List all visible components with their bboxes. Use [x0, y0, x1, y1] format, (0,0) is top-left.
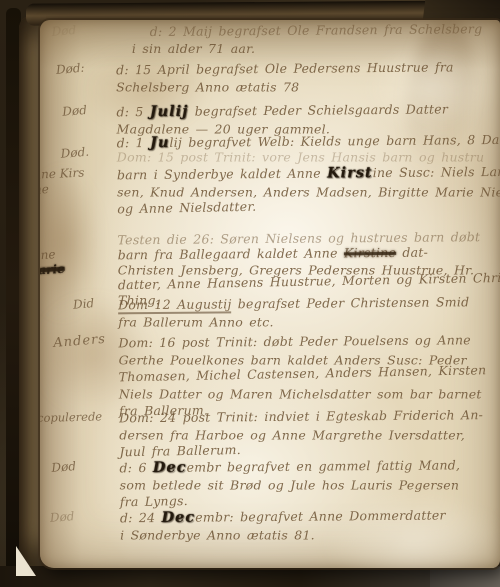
- register-entry: Anne Kirstinebarn i Synderbye kaldet Ann…: [40, 163, 495, 218]
- text-segment: Død.: [60, 145, 89, 161]
- text-segment: d: 1: [117, 135, 151, 150]
- text-segment: tine: [40, 182, 49, 197]
- margin-annotation: Død: [49, 509, 75, 526]
- text-segment: barn fra Ballegaard kaldet Anne: [118, 245, 344, 262]
- text-segment: Dec: [153, 459, 187, 476]
- margin-annotation: Død.: [60, 145, 89, 162]
- margin-annotation: Død:: [55, 61, 85, 78]
- text-segment: Kirst: [327, 164, 373, 181]
- text-segment: Schelsberg Anno ætatis 78: [116, 79, 299, 94]
- margin-annotation-line: Død: [51, 23, 77, 40]
- text-segment: Marie: [40, 262, 65, 278]
- text-segment: embr: begrafvet Anne Dommerdatter: [195, 507, 446, 524]
- text-segment: begrafset Peder Christensen Smid: [231, 294, 469, 311]
- margin-annotation-line: Død.: [60, 145, 89, 162]
- text-segment: Julij: [150, 103, 189, 120]
- register-page: Dødd: 2 Maij begrafset Ole Frandsen fra …: [40, 20, 500, 568]
- text-segment: i Sønderbye Anno ætatis 81.: [120, 527, 315, 542]
- text-segment: d: 15 April begrafset Ole Pedersens Huus…: [116, 59, 454, 77]
- text-segment: lij begrafvet Welb: Kields unge barn Han…: [169, 132, 500, 150]
- margin-annotation: Did: [73, 296, 95, 313]
- margin-annotation-line: Død:: [55, 61, 85, 78]
- register-entry: Dødd: 24 Decembr: begrafvet Anne Dommerd…: [42, 506, 498, 544]
- text-segment: Anders: [53, 332, 107, 351]
- manuscript-line: Dom: 15 post Trinit: vore Jens Hansis ba…: [117, 150, 495, 164]
- margin-annotation: Anne Kirstine: [40, 166, 85, 199]
- text-segment: fra Lyngs.: [120, 493, 188, 509]
- text-segment: dat-: [396, 245, 428, 260]
- entry-text: Dom 12 Augustij begrafset Peder Christen…: [118, 293, 496, 330]
- manuscript-line: Niels Datter og Maren Michelsdatter som …: [119, 385, 497, 402]
- register-entry: copuleredeDom: 24 post Trinit: indviet i…: [41, 406, 497, 461]
- manuscript-line: barn fra Ballegaard kaldet Anne Kirstine…: [118, 244, 496, 262]
- manuscript-line: Dom: 24 post Trinit: indviet i Egteskab …: [119, 406, 497, 426]
- margin-annotation-line: Did: [73, 296, 95, 313]
- text-segment: Anne: [40, 247, 56, 263]
- manuscript-line: barn i Synderbye kaldet Anne Kirstine Su…: [117, 163, 495, 183]
- entry-text: d: 24 Decembr: begrafvet Anne Dommerdatt…: [120, 506, 498, 543]
- text-segment: Død: [62, 103, 88, 119]
- text-segment: Dom 12 Augustij: [118, 296, 232, 314]
- text-segment: Dom: 24 post Trinit: indviet i Egteskab …: [119, 407, 483, 425]
- manuscript-line: d: 6 Decembr begrafvet en gammel fattig …: [119, 456, 497, 476]
- text-segment: Did: [73, 296, 95, 312]
- text-segment: Død: [49, 509, 75, 525]
- margin-annotation-line: Anne Kirs: [40, 166, 85, 184]
- margin-annotation-line: Død: [62, 103, 88, 120]
- text-segment: Anne Kirs: [40, 166, 85, 183]
- margin-annotation-line: Død: [51, 459, 77, 476]
- text-segment: Juul fra Ballerum.: [119, 442, 241, 459]
- margin-annotation: Anders: [53, 332, 107, 351]
- text-segment: Dec: [161, 509, 195, 526]
- entry-text: barn i Synderbye kaldet Anne Kirstine Su…: [117, 163, 495, 217]
- text-segment: Død:: [55, 61, 85, 77]
- margin-annotation-line: Anders: [53, 332, 107, 351]
- manuscript-photo: Dødd: 2 Maij begrafset Ole Frandsen fra …: [0, 0, 500, 587]
- manuscript-line: d: 2 Maij begrafset Ole Frandsen fra Sch…: [150, 20, 494, 40]
- text-segment: Dom: 16 post Trinit: døbt Peder Pouelsen…: [118, 332, 471, 350]
- text-segment: begrafset Peder Schielsgaards Datter: [188, 101, 448, 118]
- text-segment: Død: [51, 23, 77, 39]
- manuscript-line: d: 15 April begrafset Ole Pedersens Huus…: [116, 58, 494, 78]
- register-entry: Dødd: 2 Maij begrafset Ole Frandsen fra …: [40, 20, 494, 58]
- text-segment: ine Susc: Niels Lar-: [373, 164, 500, 180]
- register-entry: Død:d: 15 April begrafset Ole Pedersens …: [40, 58, 494, 96]
- margin-annotation-line: copulerede: [40, 409, 102, 426]
- manuscript-line: d: 24 Decembr: begrafvet Anne Dommerdatt…: [120, 506, 498, 526]
- manuscript-line: d: 1 Julij begrafvet Welb: Kields unge b…: [117, 133, 495, 150]
- text-segment: fra Ballerum Anno etc.: [118, 314, 273, 329]
- margin-annotation: copulerede: [40, 409, 102, 426]
- register-entry: Død.d: 1 Julij begrafvet Welb: Kields un…: [40, 133, 495, 165]
- margin-annotation: Død: [62, 103, 88, 120]
- text-segment: Niels Datter og Maren Michelsdatter som …: [119, 386, 482, 401]
- text-segment: d: 2 Maij begrafset Ole Frandsen fra Sch…: [150, 21, 483, 39]
- margin-annotation-line: tine: [40, 181, 85, 199]
- margin-annotation: Død: [51, 23, 77, 40]
- binding-bottom-edge: [0, 566, 500, 587]
- entry-text: d: 2 Maij begrafset Ole Frandsen fra Sch…: [116, 20, 494, 57]
- text-segment: Død: [51, 459, 77, 475]
- manuscript-line: Schelsberg Anno ætatis 78: [116, 78, 494, 95]
- entry-text: d: 15 April begrafset Ole Pedersens Huus…: [116, 58, 494, 95]
- manuscript-line: fra Ballerum Anno etc.: [118, 313, 496, 330]
- margin-annotation-line: Marie: [40, 262, 65, 279]
- margin-annotation: AnneMarie: [40, 247, 65, 279]
- manuscript-line: Dom 12 Augustij begrafset Peder Christen…: [118, 293, 496, 313]
- entries-layer: Dødd: 2 Maij begrafset Ole Frandsen fra …: [40, 20, 500, 568]
- text-segment: d: 6: [119, 460, 153, 475]
- register-entry: DidDom 12 Augustij begrafset Peder Chris…: [40, 293, 496, 331]
- entry-text: Dom: 24 post Trinit: indviet i Egteskab …: [119, 406, 497, 460]
- margin-annotation: Død: [51, 459, 77, 476]
- manuscript-line: d: 5 Julij begrafset Peder Schielsgaards…: [116, 100, 494, 120]
- text-segment: og Anne Nielsdatter.: [117, 199, 256, 217]
- text-segment: d: 5: [116, 104, 150, 119]
- manuscript-line: i sin alder 71 aar.: [132, 40, 494, 57]
- text-segment: d: 24: [120, 510, 162, 525]
- entry-text: d: 1 Julij begrafvet Welb: Kields unge b…: [117, 133, 495, 164]
- manuscript-line: i Sønderbye Anno ætatis 81.: [120, 526, 498, 543]
- margin-annotation-line: Død: [49, 509, 75, 526]
- register-entry: Dødd: 6 Decembr begrafvet en gammel fatt…: [41, 456, 497, 511]
- text-segment: Dom: 15 post Trinit: vore Jens Hansis ba…: [117, 149, 484, 164]
- manuscript-line: Dom: 16 post Trinit: døbt Peder Pouelsen…: [118, 331, 496, 351]
- text-segment: copulerede: [40, 409, 102, 425]
- text-segment: Kirstine: [344, 245, 396, 260]
- entry-text: d: 6 Decembr begrafvet en gammel fattig …: [119, 456, 497, 510]
- table-surface-fragment: [430, 567, 500, 587]
- text-segment: embr begrafvet en gammel fattig Mand,: [186, 457, 460, 474]
- text-segment: barn i Synderbye kaldet Anne: [117, 165, 327, 182]
- text-segment: i sin alder 71 aar.: [132, 41, 255, 56]
